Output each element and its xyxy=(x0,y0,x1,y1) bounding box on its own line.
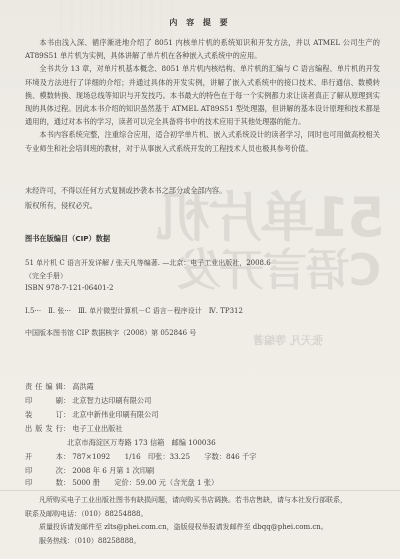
footer-notice: 凡所购买电子工业出版社图书有缺损问题，请向购买书店调换。若书店售缺，请与本社发行… xyxy=(25,494,385,548)
footer-line-4: 服务热线：（010）88258888。 xyxy=(25,535,385,549)
credit-label: 印 次 xyxy=(25,466,63,476)
credit-label: 印 刷 xyxy=(25,396,63,406)
footer-line-1: 凡所购买电子工业出版社图书有缺损问题，请向购买书店调换。若书店售缺，请与本社发行… xyxy=(25,494,385,508)
credit-printer: 印 刷： 北京智力达印刷有限公司 xyxy=(25,396,151,406)
footer-line-2: 联系及邮购电话：（010）88254888。 xyxy=(25,508,385,522)
cip-header: 图书在版编目（CIP）数据 xyxy=(25,234,110,244)
summary-paragraph-3: 本书内容系统完整，注重综合应用，适合初学单片机、嵌入式系统设计的读者学习，同时也… xyxy=(25,128,380,154)
credit-value: 高洪霞 xyxy=(72,382,94,392)
credit-value: 787×1092 1/16 印张：33.25 字数：846 千字 xyxy=(72,452,256,462)
credit-value: 2008 年 6 月第 1 次印刷 xyxy=(72,466,154,476)
credit-publisher: 出版发行： 电子工业出版社 xyxy=(25,424,123,434)
copyright-page: 51单片机 C语言开发 张天凡 等编著 内 容 提 要 本书由浅入深、循序渐进地… xyxy=(0,0,400,559)
credit-label: 出版发行 xyxy=(25,424,63,434)
credit-value: 北京智力达印刷有限公司 xyxy=(72,396,151,406)
summary-paragraph-2: 全书共分 13 章，对单片机基本概念、8051 单片机内核结构、单片机的汇编与 … xyxy=(25,62,380,128)
credit-edition: 印 次： 2008 年 6 月第 1 次印刷 xyxy=(25,466,154,476)
cip-classification: Ⅰ.5··· Ⅱ. 张··· Ⅲ. 单片微型计算机－C 语言－程序设计 Ⅳ. T… xyxy=(25,306,243,316)
credit-label: 装 订 xyxy=(25,410,63,420)
cip-entry: 51 单片机 C 语言开发详解 / 张天凡等编著. —北京：电子工业出版社，20… xyxy=(25,258,271,268)
credit-value: 北京中新伟业印刷有限公司 xyxy=(72,410,158,420)
rights-reserved: 版权所有，侵权必究。 xyxy=(25,199,97,212)
summary-paragraph-1: 本书由浅入深、循序渐进地介绍了 8051 内核单片机的系统知识和开发方法，并以 … xyxy=(25,36,380,62)
credit-binder: 装 订： 北京中新伟业印刷有限公司 xyxy=(25,410,158,420)
credit-value: 北京市海淀区万寿路 173 信箱 邮编 100036 xyxy=(67,438,216,448)
cip-record-number: 中国版本图书馆 CIP 数据核字（2008）第 052846 号 xyxy=(25,328,196,338)
cip-isbn: ISBN 978-7-121-06401-2 xyxy=(25,284,113,292)
footer-line-3: 质量投诉请发邮件至 zlts@phei.com.cn，盗版侵权举报请发邮件至 d… xyxy=(25,521,385,535)
credit-label: 责任编辑 xyxy=(25,382,63,392)
credit-label: 开 本 xyxy=(25,452,63,462)
summary-title: 内 容 提 要 xyxy=(0,17,400,28)
cip-volume: （完全手册） xyxy=(25,271,67,281)
credit-copies: 印 数： 5000 册 定价：59.00 元（含光盘 1 张） xyxy=(25,478,218,488)
credit-label: 印 数 xyxy=(25,478,63,488)
copyright-notice: 未经许可，不得以任何方式复制或抄袭本书之部分或全部内容。 xyxy=(25,184,226,197)
footer-divider xyxy=(0,490,400,491)
credit-value: 电子工业出版社 xyxy=(72,424,122,434)
credit-editor: 责任编辑： 高洪霞 xyxy=(25,382,94,392)
page-content: 内 容 提 要 本书由浅入深、循序渐进地介绍了 8051 内核单片机的系统知识和… xyxy=(0,0,400,559)
credit-value: 5000 册 定价：59.00 元（含光盘 1 张） xyxy=(72,478,218,488)
credit-address: 北京市海淀区万寿路 173 信箱 邮编 100036 xyxy=(67,438,216,448)
credit-format: 开 本： 787×1092 1/16 印张：33.25 字数：846 千字 xyxy=(25,452,256,462)
summary-body: 本书由浅入深、循序渐进地介绍了 8051 内核单片机的系统知识和开发方法，并以 … xyxy=(25,36,380,155)
